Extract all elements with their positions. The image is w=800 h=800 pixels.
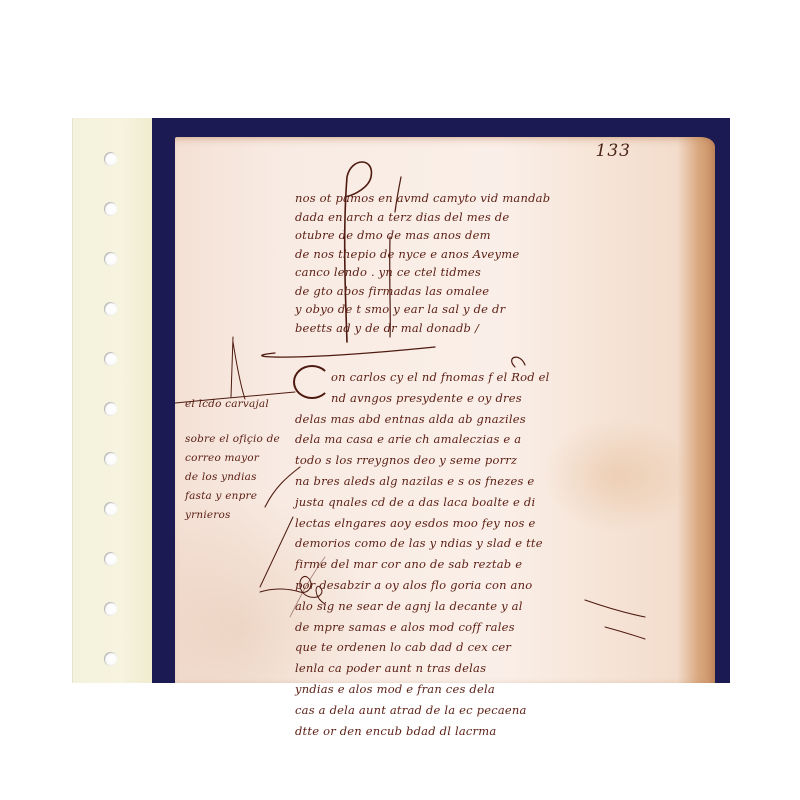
text-line: alo sig ne sear de agnj la decante y al: [295, 596, 550, 617]
text-line: por desabzir a oy alos flo goria con ano: [295, 575, 550, 596]
text-line: dtte or den encub bdad dl lacrma: [295, 721, 550, 742]
main-text-body: on carlos cy el nd fnomas f el Rod el nd…: [331, 367, 550, 741]
text-line: dela ma casa e arie ch amaleczias e a: [295, 429, 550, 450]
decorated-initial: [293, 365, 331, 399]
punch-hole-icon: [104, 452, 117, 466]
text-line: dada en arch a terz dias del mes de: [295, 208, 550, 227]
text-line: que te ordenen lo cab dad d cex cer: [295, 637, 550, 658]
punch-hole-icon: [104, 252, 117, 266]
punch-hole-icon: [104, 352, 117, 366]
text-line: yndias e alos mod e fran ces dela: [295, 679, 550, 700]
text-line: na bres aleds alg nazilas e s os fnezes …: [295, 471, 550, 492]
text-line: todo s los rreygnos deo y seme porrz: [295, 450, 550, 471]
text-line: lenla ca poder aunt n tras delas: [295, 658, 550, 679]
text-line: canco lendo . yn ce ctel tidmes: [295, 263, 550, 282]
text-line: firme del mar cor ano de sab reztab e: [295, 554, 550, 575]
album-sheet: 133 nos ot pamos en: [72, 118, 730, 683]
margin-note: sobre el ofiçio de: [185, 430, 280, 449]
punch-hole-icon: [104, 302, 117, 316]
text-line: demorios como de las y ndias y slad e tt…: [295, 533, 550, 554]
margin-note: yrnieros: [185, 506, 280, 525]
text-line: otubre de dmo de mas anos dem: [295, 226, 550, 245]
punch-hole-icon: [104, 552, 117, 566]
text-line: cas a dela aunt atrad de la ec pecaena: [295, 700, 550, 721]
text-line: delas mas abd entnas alda ab gnaziles: [295, 409, 550, 430]
punch-hole-icon: [104, 602, 117, 616]
punch-hole-icon: [104, 402, 117, 416]
punch-hole-icon: [104, 152, 117, 166]
folio-number: 133: [596, 141, 631, 161]
text-line: y obyo de t smo y ear la sal y de dr: [295, 300, 550, 319]
text-line: on carlos cy el nd fnomas f el Rod el: [331, 367, 550, 388]
text-line: lectas elngares aoy esdos moo fey nos e: [295, 513, 550, 534]
text-line: de gto abos firmadas las omalee: [295, 282, 550, 301]
punch-hole-icon: [104, 202, 117, 216]
manuscript-page: 133 nos ot pamos en: [175, 137, 715, 683]
margin-notes: el lcdo carvajal sobre el ofiçio de corr…: [185, 395, 280, 525]
margin-note: fasta y enpre: [185, 487, 280, 506]
text-line: beetts ad y de dr mal donadb /: [295, 319, 550, 338]
punch-hole-icon: [104, 502, 117, 516]
punch-hole-icon: [104, 652, 117, 666]
margin-note: correo mayor: [185, 449, 280, 468]
main-text-top: nos ot pamos en avmd camyto vid mandab d…: [295, 189, 550, 337]
text-line: nos ot pamos en avmd camyto vid mandab: [295, 189, 550, 208]
text-line: justa qnales cd de a das laca boalte e d…: [295, 492, 550, 513]
text-line: nd avngos presydente e oy dres: [331, 388, 550, 409]
text-line: de mpre samas e alos mod coff rales: [295, 617, 550, 638]
text-line: de nos thepio de nyce e anos Aveyme: [295, 245, 550, 264]
binder-strip: [72, 118, 153, 683]
margin-note: el lcdo carvajal: [185, 395, 280, 414]
dark-mount: 133 nos ot pamos en: [152, 118, 730, 683]
margin-note: de los yndias: [185, 468, 280, 487]
